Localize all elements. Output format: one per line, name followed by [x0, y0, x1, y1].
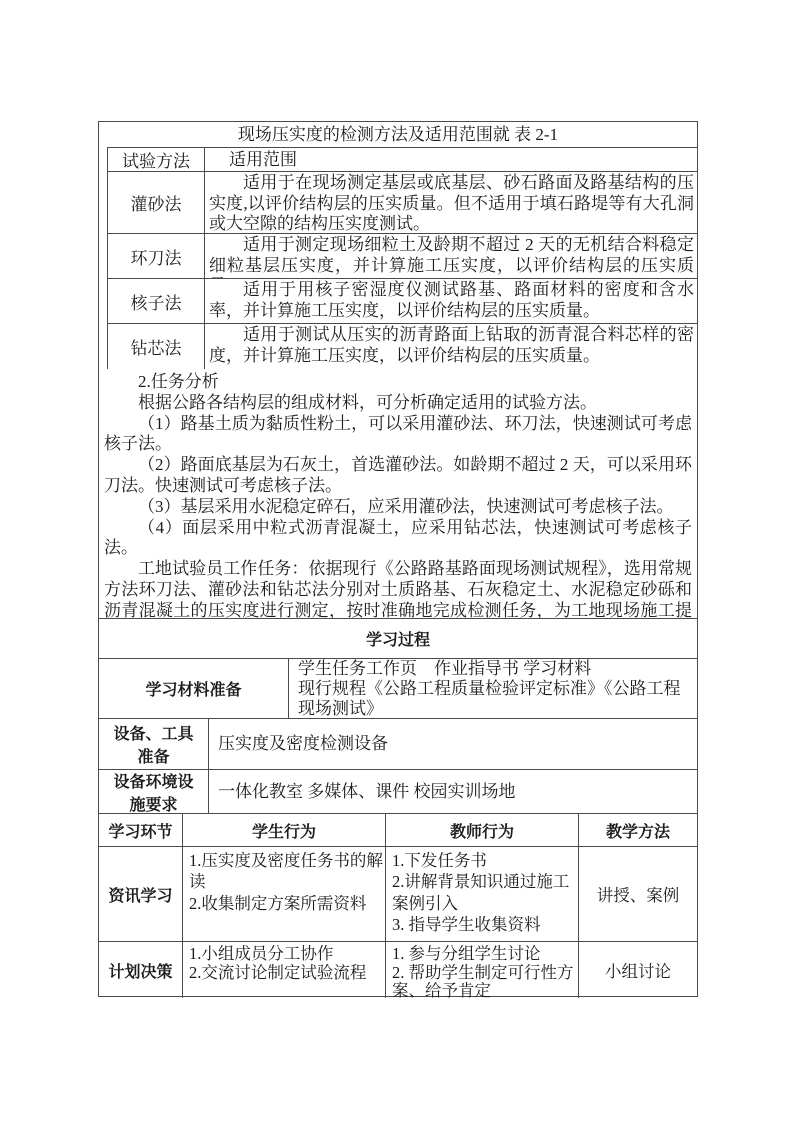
materials-content: 学生任务工作页 作业指导书 学习材料 现行规程《公路工程质量检验评定标准》《公路…	[289, 659, 697, 718]
task-paragraph: （2）路面底基层为石灰土，首选灌砂法。如龄期不超过 2 天，可以采用环刀法。快速…	[104, 455, 692, 497]
activity-row-plan: 计划决策 1.小组成员分工协作 2.交流讨论制定试验流程 1. 参与分组学生讨论…	[99, 941, 697, 998]
teaching-method-cell: 小组讨论	[579, 942, 697, 998]
method-name-cell: 核子法	[108, 279, 205, 323]
table-row: 核子法 适用于用核子密湿度仪测试路基、路面材料的密度和含水率，并计算施工压实度，…	[108, 278, 697, 323]
method-name-cell: 钻芯法	[108, 324, 205, 369]
list-item: 2. 帮助学生制定可行性方案、给予肯定	[392, 964, 576, 998]
methods-table-header-row: 试验方法 适用范围	[108, 147, 697, 171]
task-paragraph: 2.任务分析	[104, 372, 692, 393]
list-item: 2.收集制定方案所需资料	[189, 893, 383, 914]
method-name-cell: 灌砂法	[108, 172, 205, 233]
activity-header-row: 学习环节 学生行为 教师行为 教学方法	[99, 813, 697, 846]
activity-header-teacher: 教师行为	[386, 814, 579, 846]
list-item: 1.下发任务书	[392, 850, 576, 871]
teacher-actions-cell: 1. 参与分组学生讨论 2. 帮助学生制定可行性方案、给予肯定	[386, 942, 579, 998]
task-paragraph: 根据公路各结构层的组成材料，可分析确定适用的试验方法。	[104, 393, 692, 414]
methods-header-scope: 适用范围	[205, 148, 697, 171]
list-item: 3. 指导学生收集资料	[392, 914, 576, 935]
stage-cell: 计划决策	[99, 942, 183, 998]
teaching-method-cell: 讲授、案例	[579, 847, 697, 941]
materials-line: 学生任务工作页 作业指导书 学习材料	[298, 659, 693, 679]
task-paragraph: 工地试验员工作任务：依据现行《公路路基路面现场测试规程》，选用常规方法环刀法、灌…	[104, 559, 692, 618]
activity-header-stage: 学习环节	[99, 814, 183, 846]
equipment-label: 设备、工具准备	[99, 719, 209, 769]
activity-header-method: 教学方法	[579, 814, 697, 846]
student-actions-cell: 1.小组成员分工协作 2.交流讨论制定试验流程	[183, 942, 386, 998]
materials-line: 现行规程《公路工程质量检验评定标准》《公路工程现场测试》	[298, 679, 693, 719]
equipment-row: 设备、工具准备 压实度及密度检测设备	[99, 718, 697, 769]
table-row: 钻芯法 适用于测试从压实的沥青路面上钻取的沥青混合料芯样的密度，并计算施工压实度…	[108, 323, 697, 369]
list-item: 1.压实度及密度任务书的解读	[189, 850, 383, 893]
method-name-cell: 环刀法	[108, 234, 205, 278]
worksheet: 现场压实度的检测方法及适用范围就 表 2-1 试验方法 适用范围 灌砂法 适用于…	[98, 121, 698, 997]
student-actions-cell: 1.压实度及密度任务书的解读 2.收集制定方案所需资料	[183, 847, 386, 941]
methods-table: 试验方法 适用范围 灌砂法 适用于在现场测定基层或底基层、砂石路面及路基结构的压…	[107, 147, 697, 369]
list-item: 2.讲解背景知识通过施工案例引入	[392, 871, 576, 914]
learning-process-title: 学习过程	[99, 618, 697, 658]
methods-header-method: 试验方法	[108, 148, 205, 171]
materials-label: 学习材料准备	[99, 659, 289, 718]
method-scope-cell: 适用于用核子密湿度仪测试路基、路面材料的密度和含水率，并计算施工压实度，以评价结…	[205, 279, 697, 323]
table-row: 灌砂法 适用于在现场测定基层或底基层、砂石路面及路基结构的压实度,以评价结构层的…	[108, 171, 697, 233]
environment-label: 设备环境设施要求	[99, 770, 209, 813]
environment-row: 设备环境设施要求 一体化教室 多媒体、课件 校园实训场地	[99, 769, 697, 813]
list-item: 2.交流讨论制定试验流程	[189, 964, 383, 983]
teacher-actions-cell: 1.下发任务书 2.讲解背景知识通过施工案例引入 3. 指导学生收集资料	[386, 847, 579, 941]
task-paragraph: （1）路基土质为黏质性粉土，可以采用灌砂法、环刀法，快速测试可考虑核子法。	[104, 414, 692, 456]
methods-table-title: 现场压实度的检测方法及适用范围就 表 2-1	[99, 122, 697, 147]
stage-cell: 资讯学习	[99, 847, 183, 941]
materials-row: 学习材料准备 学生任务工作页 作业指导书 学习材料 现行规程《公路工程质量检验评…	[99, 658, 697, 718]
method-scope-cell: 适用于在现场测定基层或底基层、砂石路面及路基结构的压实度,以评价结构层的压实质量…	[205, 172, 697, 233]
task-analysis: 2.任务分析 根据公路各结构层的组成材料，可分析确定适用的试验方法。 （1）路基…	[99, 369, 697, 618]
equipment-content: 压实度及密度检测设备	[209, 719, 697, 769]
list-item: 1.小组成员分工协作	[189, 945, 383, 964]
task-paragraph: （3）基层采用水泥稳定碎石，应采用灌砂法，快速测试可考虑核子法。	[104, 497, 692, 518]
activity-header-student: 学生行为	[183, 814, 386, 846]
method-scope-cell: 适用于测试从压实的沥青路面上钻取的沥青混合料芯样的密度，并计算施工压实度，以评价…	[205, 324, 697, 369]
task-paragraph: （4）面层采用中粒式沥青混凝土，应采用钻芯法，快速测试可考虑核子法。	[104, 518, 692, 560]
table-row: 环刀法 适用于测定现场细粒土及龄期不超过 2 天的无机结合料稳定细粒基层压实度，…	[108, 233, 697, 278]
method-scope-cell: 适用于测定现场细粒土及龄期不超过 2 天的无机结合料稳定细粒基层压实度，并计算施…	[205, 234, 697, 278]
environment-content: 一体化教室 多媒体、课件 校园实训场地	[209, 770, 697, 813]
activity-row-info: 资讯学习 1.压实度及密度任务书的解读 2.收集制定方案所需资料 1.下发任务书…	[99, 846, 697, 941]
document-page: { "page": { "background": "#ffffff", "bo…	[0, 0, 800, 1131]
list-item: 1. 参与分组学生讨论	[392, 945, 576, 964]
